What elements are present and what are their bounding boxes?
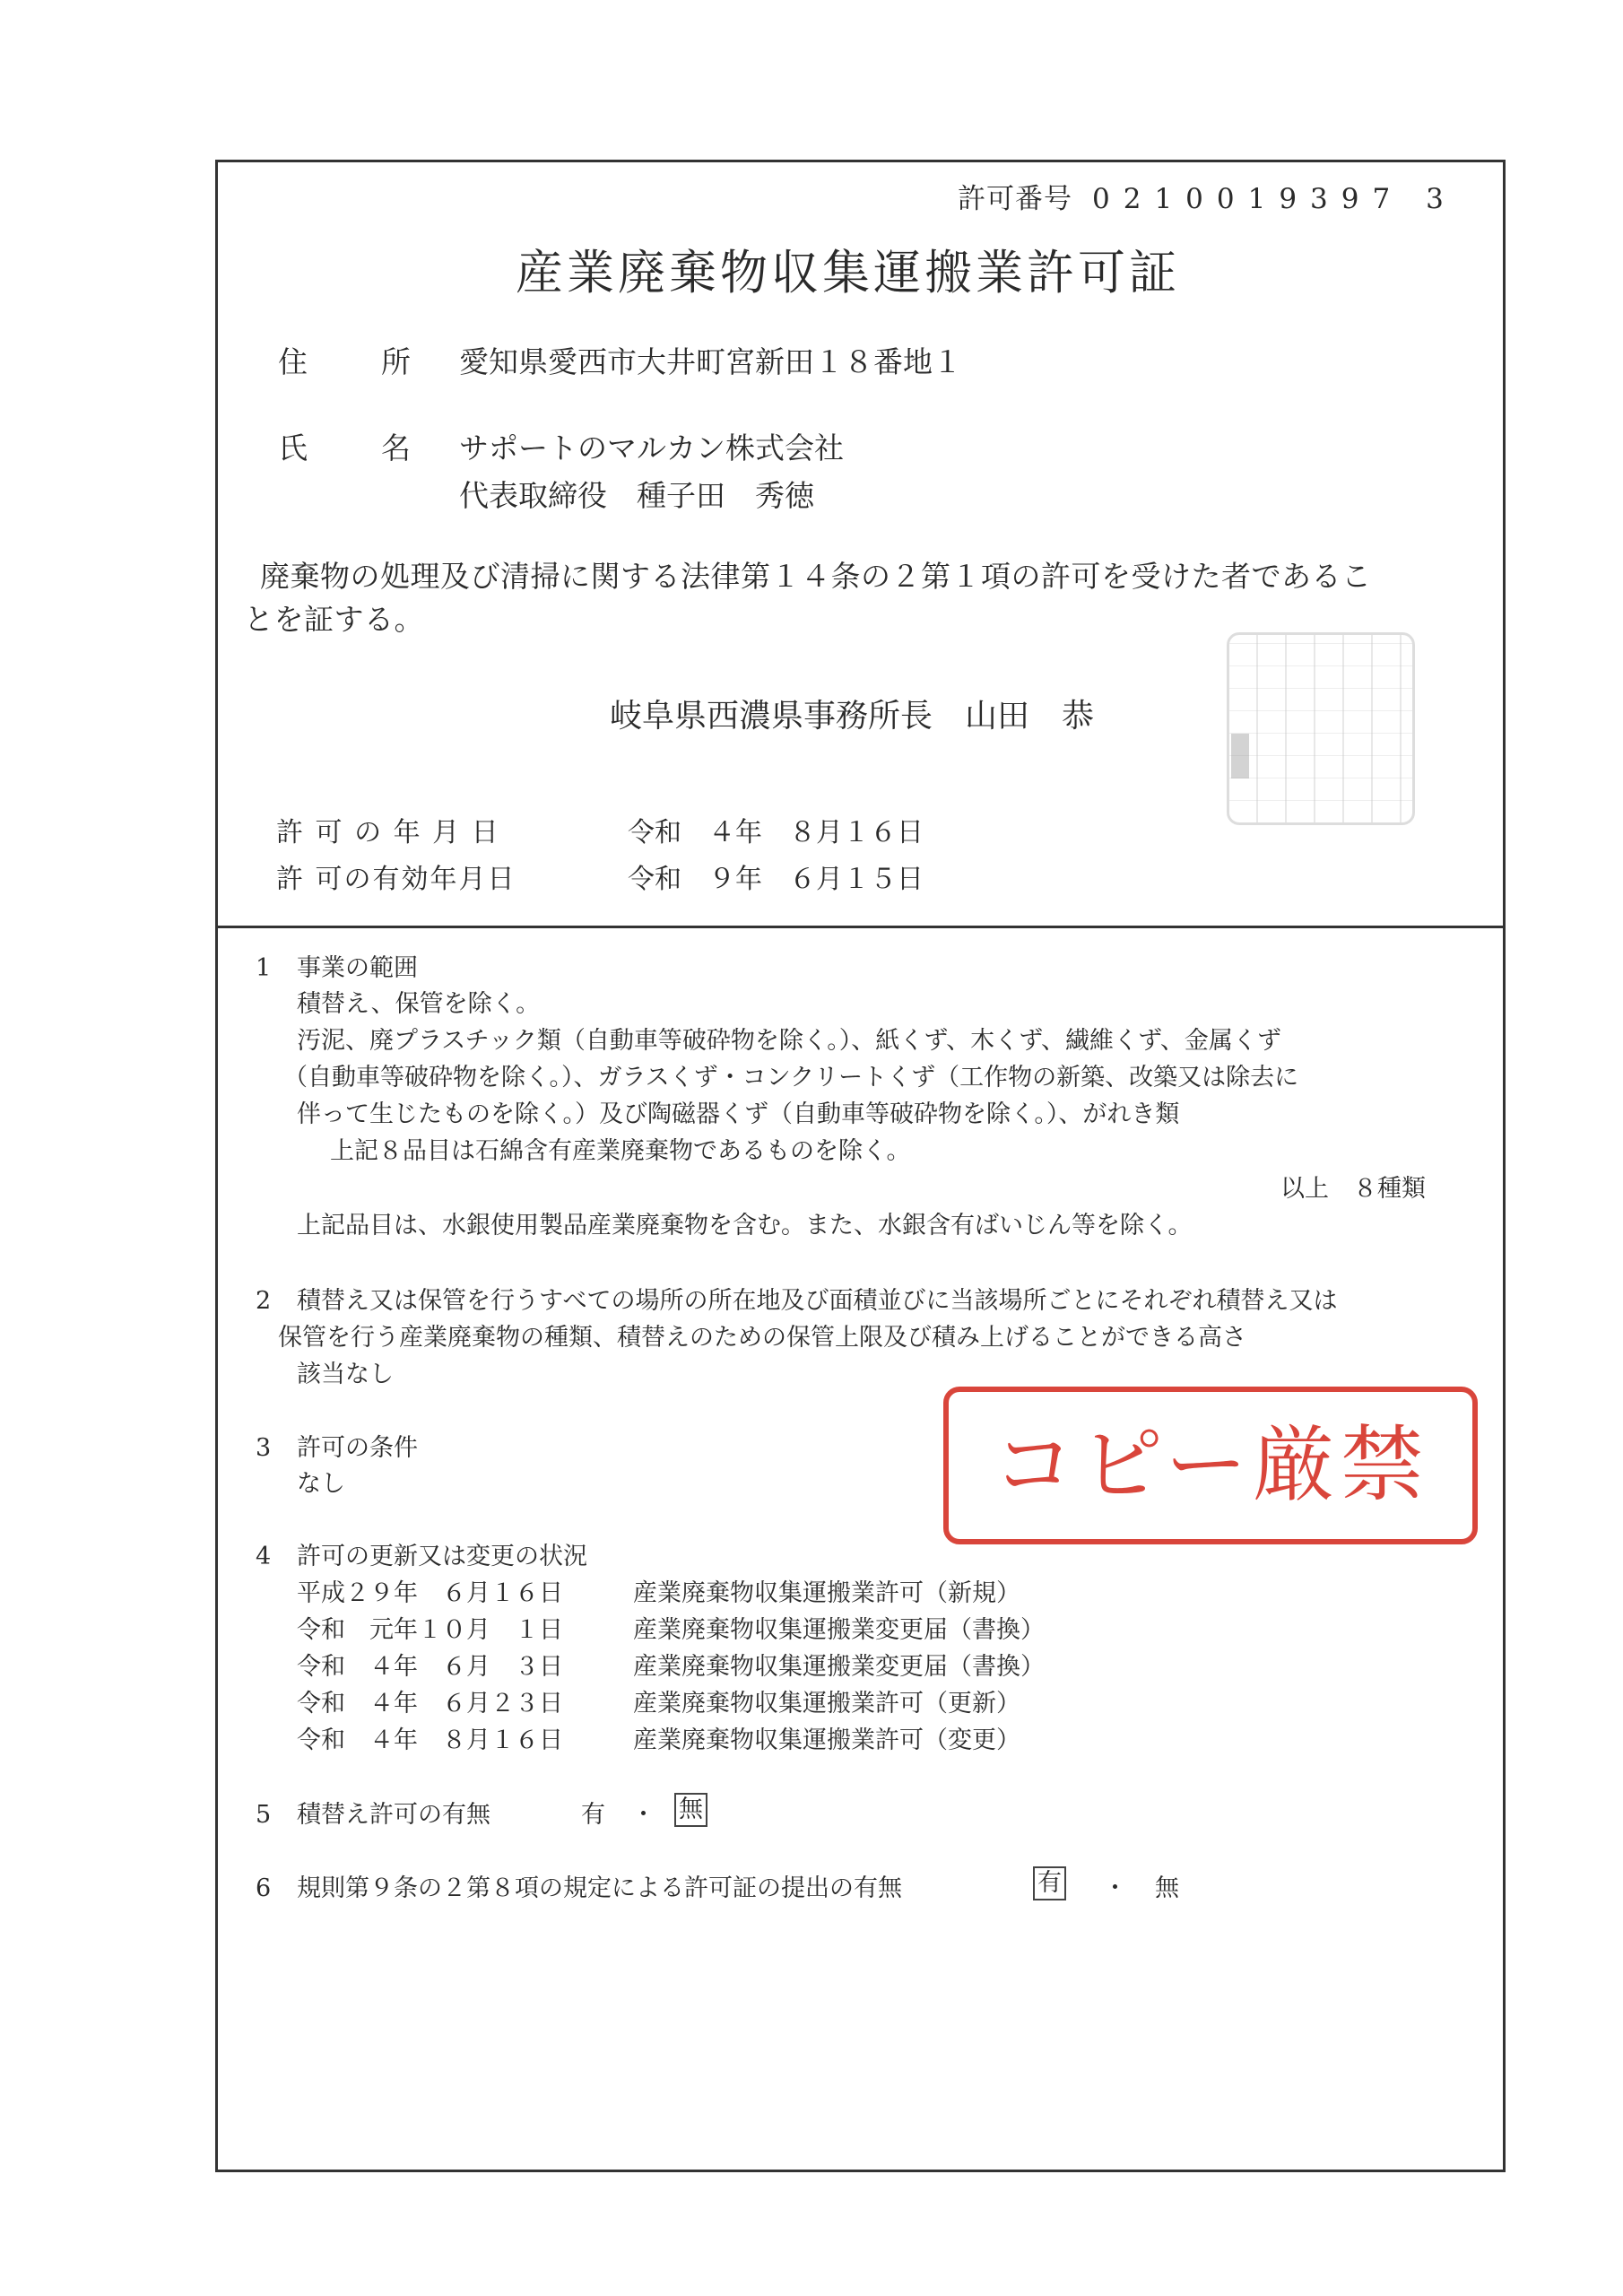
history-row: 令和 ４年 ８月１６日産業廃棄物収集運搬業許可（変更） (297, 1720, 1020, 1755)
permit-number-label: 許可番号 (958, 183, 1072, 215)
section-6-option-no: 無 (1155, 1868, 1179, 1903)
history-row: 令和 元年１０月 １日産業廃棄物収集運搬業変更届（書換） (297, 1610, 1045, 1645)
section-1-heading: 1事業の範囲 (256, 948, 418, 983)
section-4-heading: 4許可の更新又は変更の状況 (256, 1536, 587, 1571)
permit-number-value: 0210019397 3 (1092, 183, 1457, 215)
section-1-line: 伴って生じたものを除く。）及び陶磁器くず（自動車等破砕物を除く。）、がれき類 (297, 1094, 1179, 1129)
history-row: 令和 ４年 ６月 ３日産業廃棄物収集運搬業変更届（書換） (297, 1647, 1045, 1682)
history-date: 平成２９年 ６月１６日 (297, 1573, 633, 1608)
history-date: 令和 元年１０月 １日 (297, 1610, 633, 1645)
copy-prohibited-stamp: コピー厳禁 (943, 1387, 1478, 1544)
address-label: 住所 (278, 339, 411, 381)
permit-date-label: 許 可 の 年 月 日 (276, 810, 500, 849)
certification-line-2: とを証する。 (244, 596, 424, 639)
section-5-separator: ・ (631, 1795, 655, 1830)
section-3-value: なし (297, 1464, 345, 1499)
section-2-value: 該当なし (297, 1354, 394, 1389)
company-name: サポートのマルカン株式会社 (459, 425, 844, 467)
history-event: 産業廃棄物収集運搬業許可（変更） (633, 1726, 1020, 1754)
history-date: 令和 ４年 ８月１６日 (297, 1720, 633, 1755)
section-5-heading: 5積替え許可の有無 (256, 1795, 490, 1830)
expiry-date-label: 許 可の有効年月日 (276, 857, 516, 896)
history-row: 平成２９年 ６月１６日産業廃棄物収集運搬業許可（新規） (297, 1573, 1020, 1608)
section-divider (215, 926, 1506, 928)
history-event: 産業廃棄物収集運搬業変更届（書換） (633, 1653, 1045, 1681)
permit-number: 許可番号0210019397 3 (958, 176, 1457, 216)
certification-line-1: 廃棄物の処理及び清掃に関する法律第１４条の２第１項の許可を受けた者であるこ (260, 553, 1372, 596)
section-1-line: 積替え、保管を除く。 (297, 984, 540, 1019)
section-1-line: （自動車等破砕物を除く。）、ガラスくず・コンクリートくず（工作物の新築、改築又は… (283, 1057, 1298, 1092)
official-seal-icon (1227, 632, 1415, 825)
representative-name: 代表取締役 種子田 秀徳 (459, 473, 814, 515)
section-2-heading: 2積替え又は保管を行うすべての場所の所在地及び面積並びに当該場所ごとにそれぞれ積… (256, 1281, 1337, 1316)
history-event: 産業廃棄物収集運搬業許可（新規） (633, 1579, 1020, 1607)
expiry-date-value: 令和 ９年 ６月１５日 (628, 857, 924, 896)
section-2-heading-line-2: 保管を行う産業廃棄物の種類、積替えのための保管上限及び積み上げることができる高さ (278, 1318, 1246, 1352)
section-1-line: 汚泥、廃プラスチック類（自動車等破砕物を除く。）、紙くず、木くず、繊維くず、金属… (297, 1021, 1281, 1056)
name-label: 氏名 (278, 425, 411, 467)
history-date: 令和 ４年 ６月 ３日 (297, 1647, 633, 1682)
address-value: 愛知県愛西市大井町宮新田１８番地１ (459, 339, 962, 381)
section-6-option-yes-selected: 有 (1033, 1866, 1066, 1900)
section-6-separator: ・ (1103, 1868, 1127, 1903)
issuer-name: 岐阜県西濃県事務所長 山田 恭 (610, 691, 1094, 736)
history-event: 産業廃棄物収集運搬業許可（更新） (633, 1690, 1020, 1718)
section-1-total: 以上 ８種類 (1280, 1169, 1426, 1204)
history-event: 産業廃棄物収集運搬業変更届（書換） (633, 1616, 1045, 1644)
certificate-title: 産業廃棄物収集運搬業許可証 (516, 235, 1180, 303)
section-6-heading: 6規則第９条の２第８項の規定による許可証の提出の有無 (256, 1868, 902, 1903)
section-1-note: 上記品目は、水銀使用製品産業廃棄物を含む。また、水銀含有ばいじん等を除く。 (297, 1205, 1192, 1240)
section-5-option-no-selected: 無 (674, 1793, 707, 1827)
section-5-option-yes: 有 (581, 1795, 605, 1830)
history-row: 令和 ４年 ６月２３日産業廃棄物収集運搬業許可（更新） (297, 1683, 1020, 1718)
section-3-heading: 3許可の条件 (256, 1428, 418, 1463)
history-date: 令和 ４年 ６月２３日 (297, 1683, 633, 1718)
permit-date-value: 令和 ４年 ８月１６日 (628, 810, 924, 849)
section-1-line: 上記８品目は石綿含有産業廃棄物であるものを除く。 (330, 1131, 910, 1166)
